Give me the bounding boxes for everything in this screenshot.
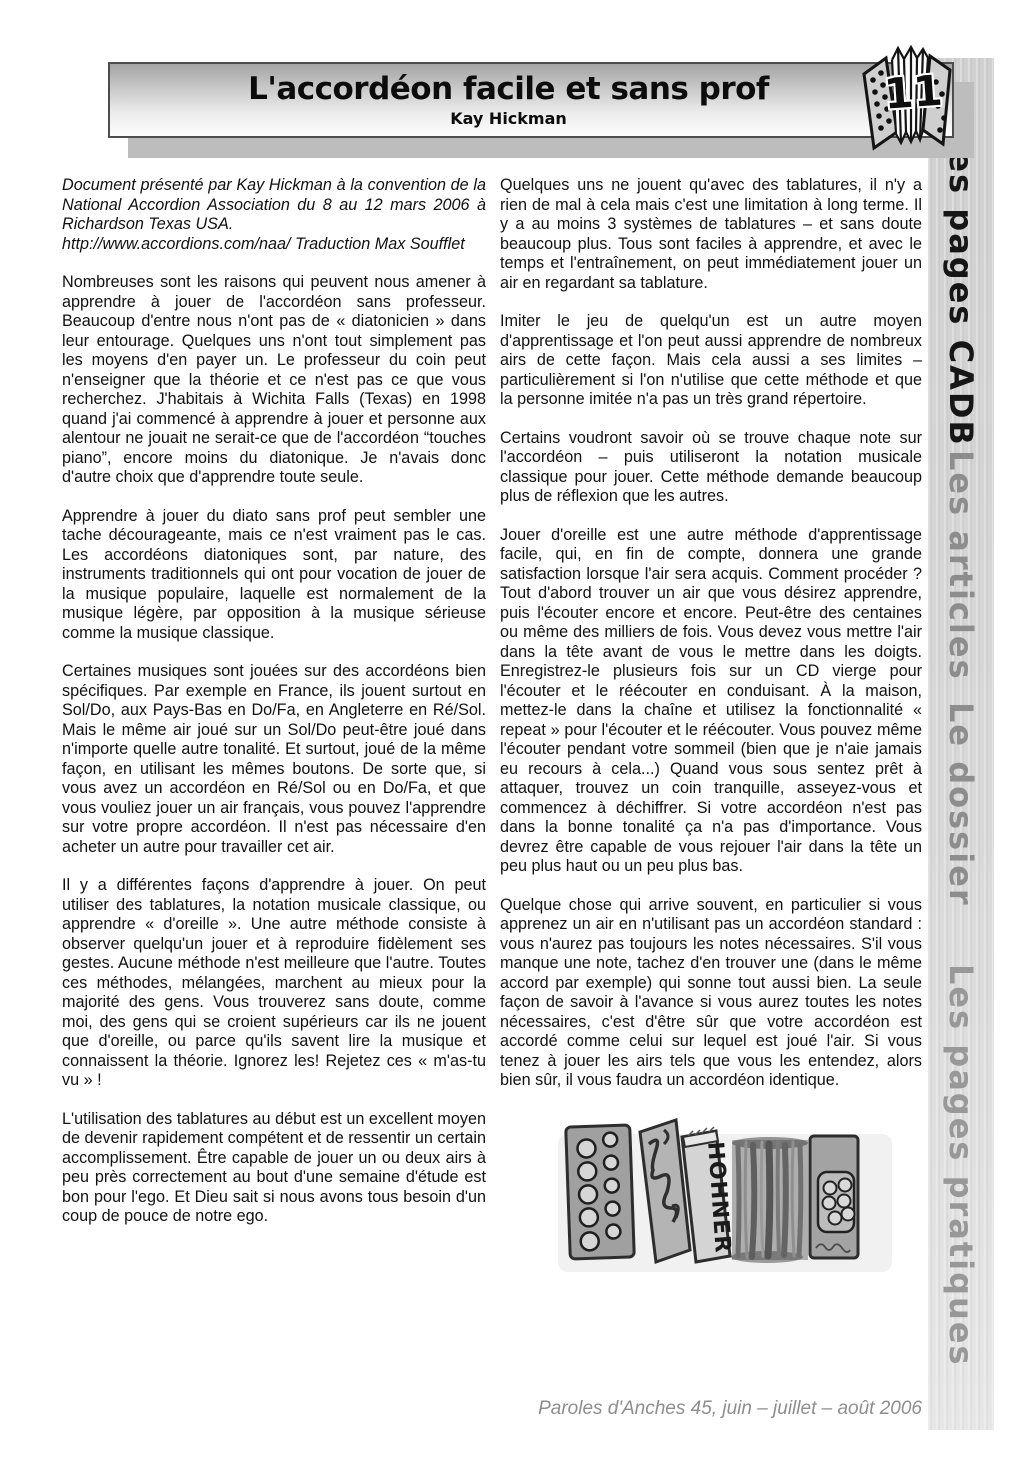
article-title: L'accordéon facile et sans prof: [110, 71, 907, 107]
paragraph: Il y a différentes façons d'apprendre à …: [62, 876, 486, 1091]
sidebar-item-les-pages-pratiques: Les pages pratiques: [942, 964, 980, 1367]
left-column: Document présenté par Kay Hickman à la c…: [62, 176, 486, 1282]
accordion-drawing-icon: HOHNER: [552, 1110, 904, 1282]
intro-note: Document présenté par Kay Hickman à la c…: [62, 176, 486, 254]
article-author: Kay Hickman: [110, 109, 907, 128]
paragraph: Quelques uns ne jouent qu'avec des tabla…: [500, 176, 922, 293]
page-number-badge: 11: [856, 44, 964, 154]
section-sidebar: Les pages CADB Les articles Le dossier L…: [928, 58, 994, 1430]
article-body: Document présenté par Kay Hickman à la c…: [62, 176, 922, 1282]
paragraph: Apprendre à jouer du diato sans prof peu…: [62, 507, 486, 644]
page-number: 11: [882, 66, 935, 118]
paragraph: Quelque chose qui arrive souvent, en par…: [500, 896, 922, 1091]
article-header: L'accordéon facile et sans prof Kay Hick…: [108, 62, 954, 138]
page-footer: Paroles d'Anches 45, juin – juillet – ao…: [62, 1398, 922, 1420]
paragraph: Imiter le jeu de quelqu'un est un autre …: [500, 312, 922, 410]
right-column: Quelques uns ne jouent qu'avec des tabla…: [500, 176, 922, 1282]
paragraph: Certaines musiques sont jouées sur des a…: [62, 662, 486, 857]
paragraph: Certains voudront savoir où se trouve ch…: [500, 429, 922, 507]
paragraph: Jouer d'oreille est une autre méthode d'…: [500, 526, 922, 877]
accordion-sketch: HOHNER: [552, 1110, 904, 1282]
intro-url-line: http://www.accordions.com/naa/ Traductio…: [62, 235, 465, 253]
sidebar-item-les-articles: Les articles: [942, 450, 980, 681]
paragraph: Nombreuses sont les raisons qui peuvent …: [62, 273, 486, 488]
sidebar-item-le-dossier: Le dossier: [942, 702, 980, 907]
sidebar-item-les-pages-cadb: Les pages CADB: [942, 128, 980, 447]
intro-text: Document présenté par Kay Hickman à la c…: [62, 176, 486, 233]
paragraph: L'utilisation des tablatures au début es…: [62, 1110, 486, 1227]
